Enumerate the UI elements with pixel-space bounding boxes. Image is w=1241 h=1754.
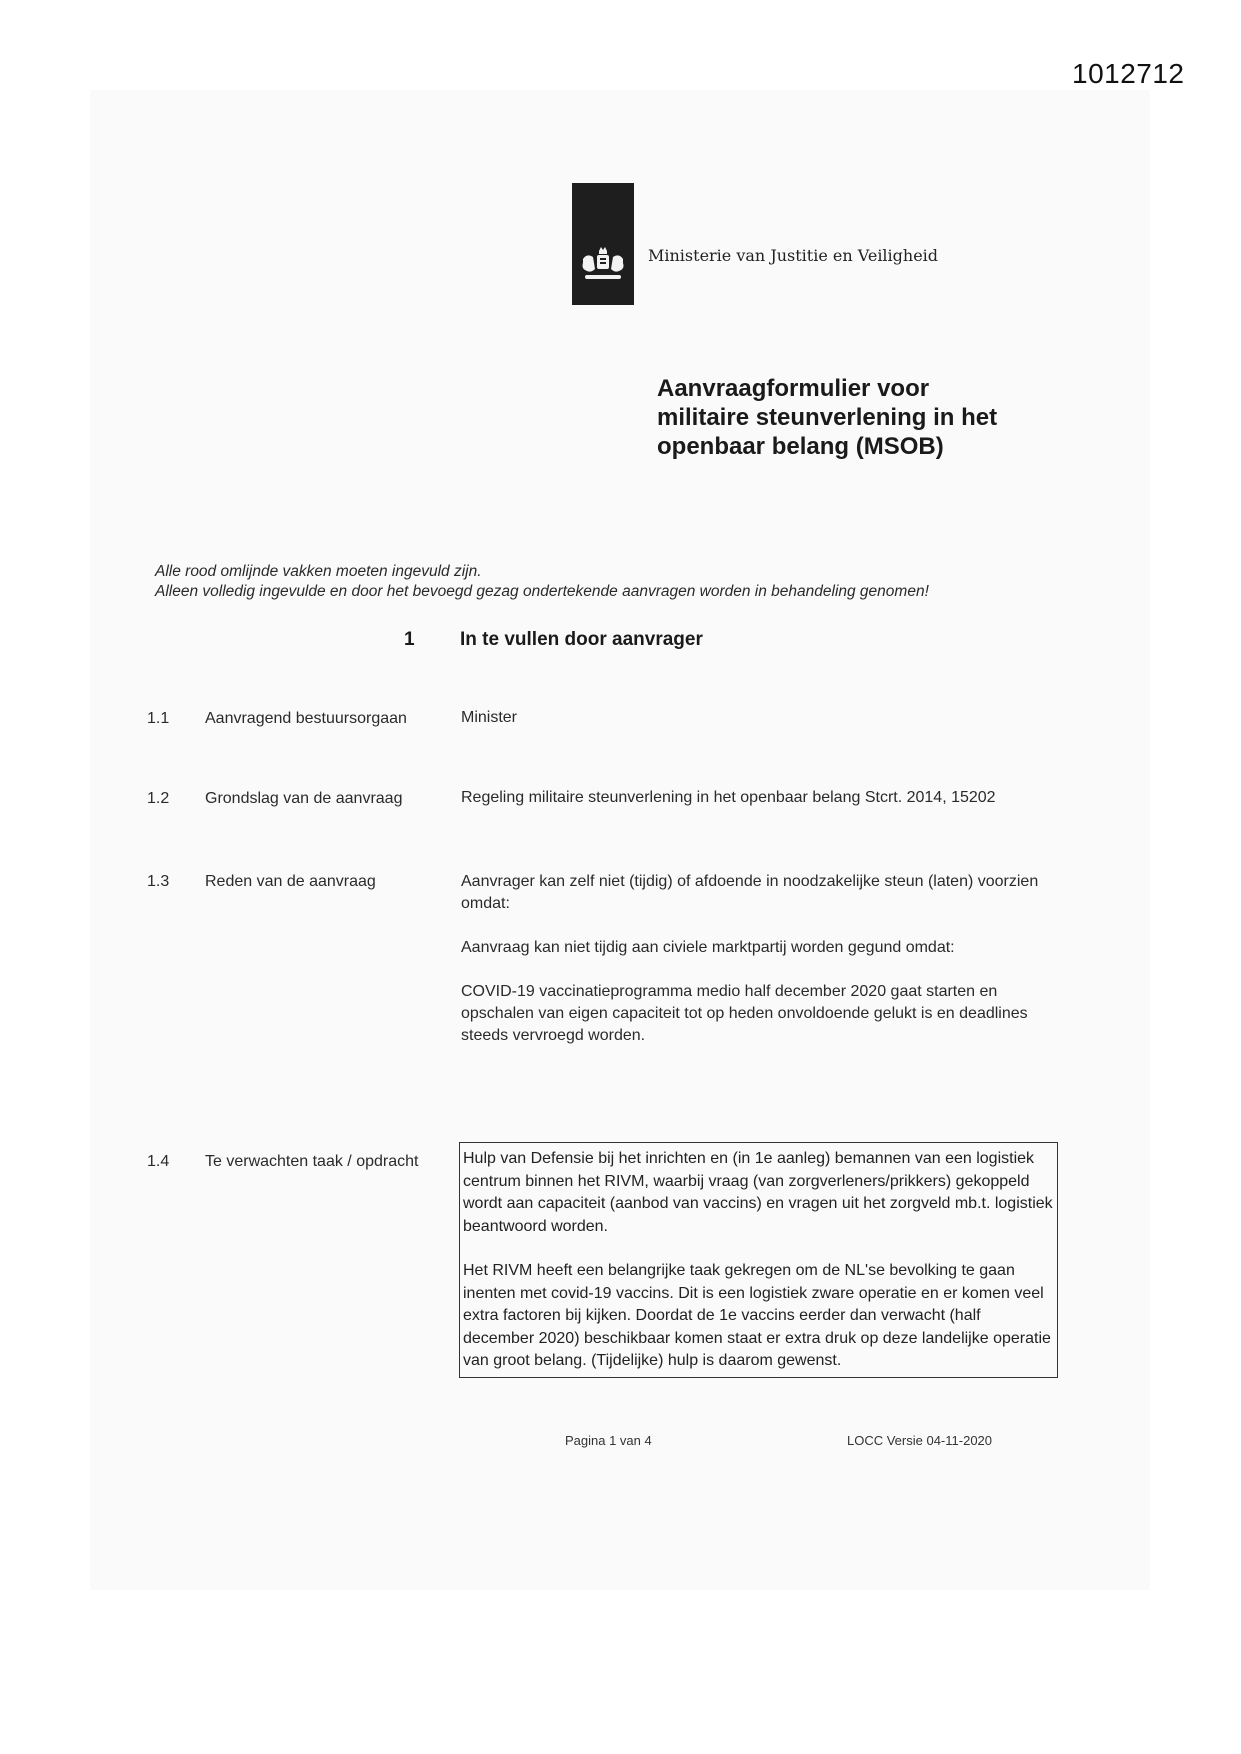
row-label: Reden van de aanvraag — [205, 873, 376, 891]
coat-of-arms-icon — [577, 245, 629, 291]
row-number: 1.4 — [147, 1153, 169, 1171]
value-paragraph: Aanvrager kan zelf niet (tijdig) of afdo… — [461, 871, 1051, 915]
value-paragraph: Het RIVM heeft een belangrijke taak gekr… — [463, 1260, 1054, 1373]
row-value: Regeling militaire steunverlening in het… — [461, 787, 1061, 831]
row-label: Aanvragend bestuursorgaan — [205, 710, 407, 728]
task-field[interactable]: Hulp van Defensie bij het inrichten en (… — [459, 1142, 1058, 1378]
value-paragraph: Minister — [461, 707, 1061, 729]
document-number: 1012712 — [1072, 58, 1185, 90]
page-number: Pagina 1 van 4 — [565, 1433, 652, 1448]
value-paragraph: Aanvraag kan niet tijdig aan civiele mar… — [461, 937, 1051, 959]
row-value: Aanvrager kan zelf niet (tijdig) of afdo… — [461, 871, 1051, 1069]
row-number: 1.1 — [147, 710, 169, 728]
form-title-line: Aanvraagformulier voor — [657, 374, 1057, 403]
ministry-logo — [572, 183, 634, 305]
form-title-line: militaire steunverlening in het — [657, 403, 1057, 432]
value-paragraph: COVID-19 vaccinatieprogramma medio half … — [461, 981, 1051, 1047]
instruction-line: Alleen volledig ingevulde en door het be… — [155, 582, 929, 602]
section-number: 1 — [404, 629, 415, 651]
form-instructions: Alle rood omlijnde vakken moeten ingevul… — [155, 562, 929, 602]
value-paragraph: Hulp van Defensie bij het inrichten en (… — [463, 1148, 1054, 1238]
ministry-name: Ministerie van Justitie en Veiligheid — [648, 246, 938, 265]
row-number: 1.3 — [147, 873, 169, 891]
form-version: LOCC Versie 04-11-2020 — [847, 1433, 992, 1448]
form-title: Aanvraagformulier voor militaire steunve… — [657, 374, 1057, 461]
row-label: Grondslag van de aanvraag — [205, 790, 402, 808]
section-title: In te vullen door aanvrager — [460, 629, 703, 651]
form-title-line: openbaar belang (MSOB) — [657, 432, 1057, 461]
value-paragraph: Regeling militaire steunverlening in het… — [461, 787, 1061, 809]
row-label: Te verwachten taak / opdracht — [205, 1153, 418, 1171]
row-number: 1.2 — [147, 790, 169, 808]
row-value: Minister — [461, 707, 1061, 751]
instruction-line: Alle rood omlijnde vakken moeten ingevul… — [155, 562, 929, 582]
